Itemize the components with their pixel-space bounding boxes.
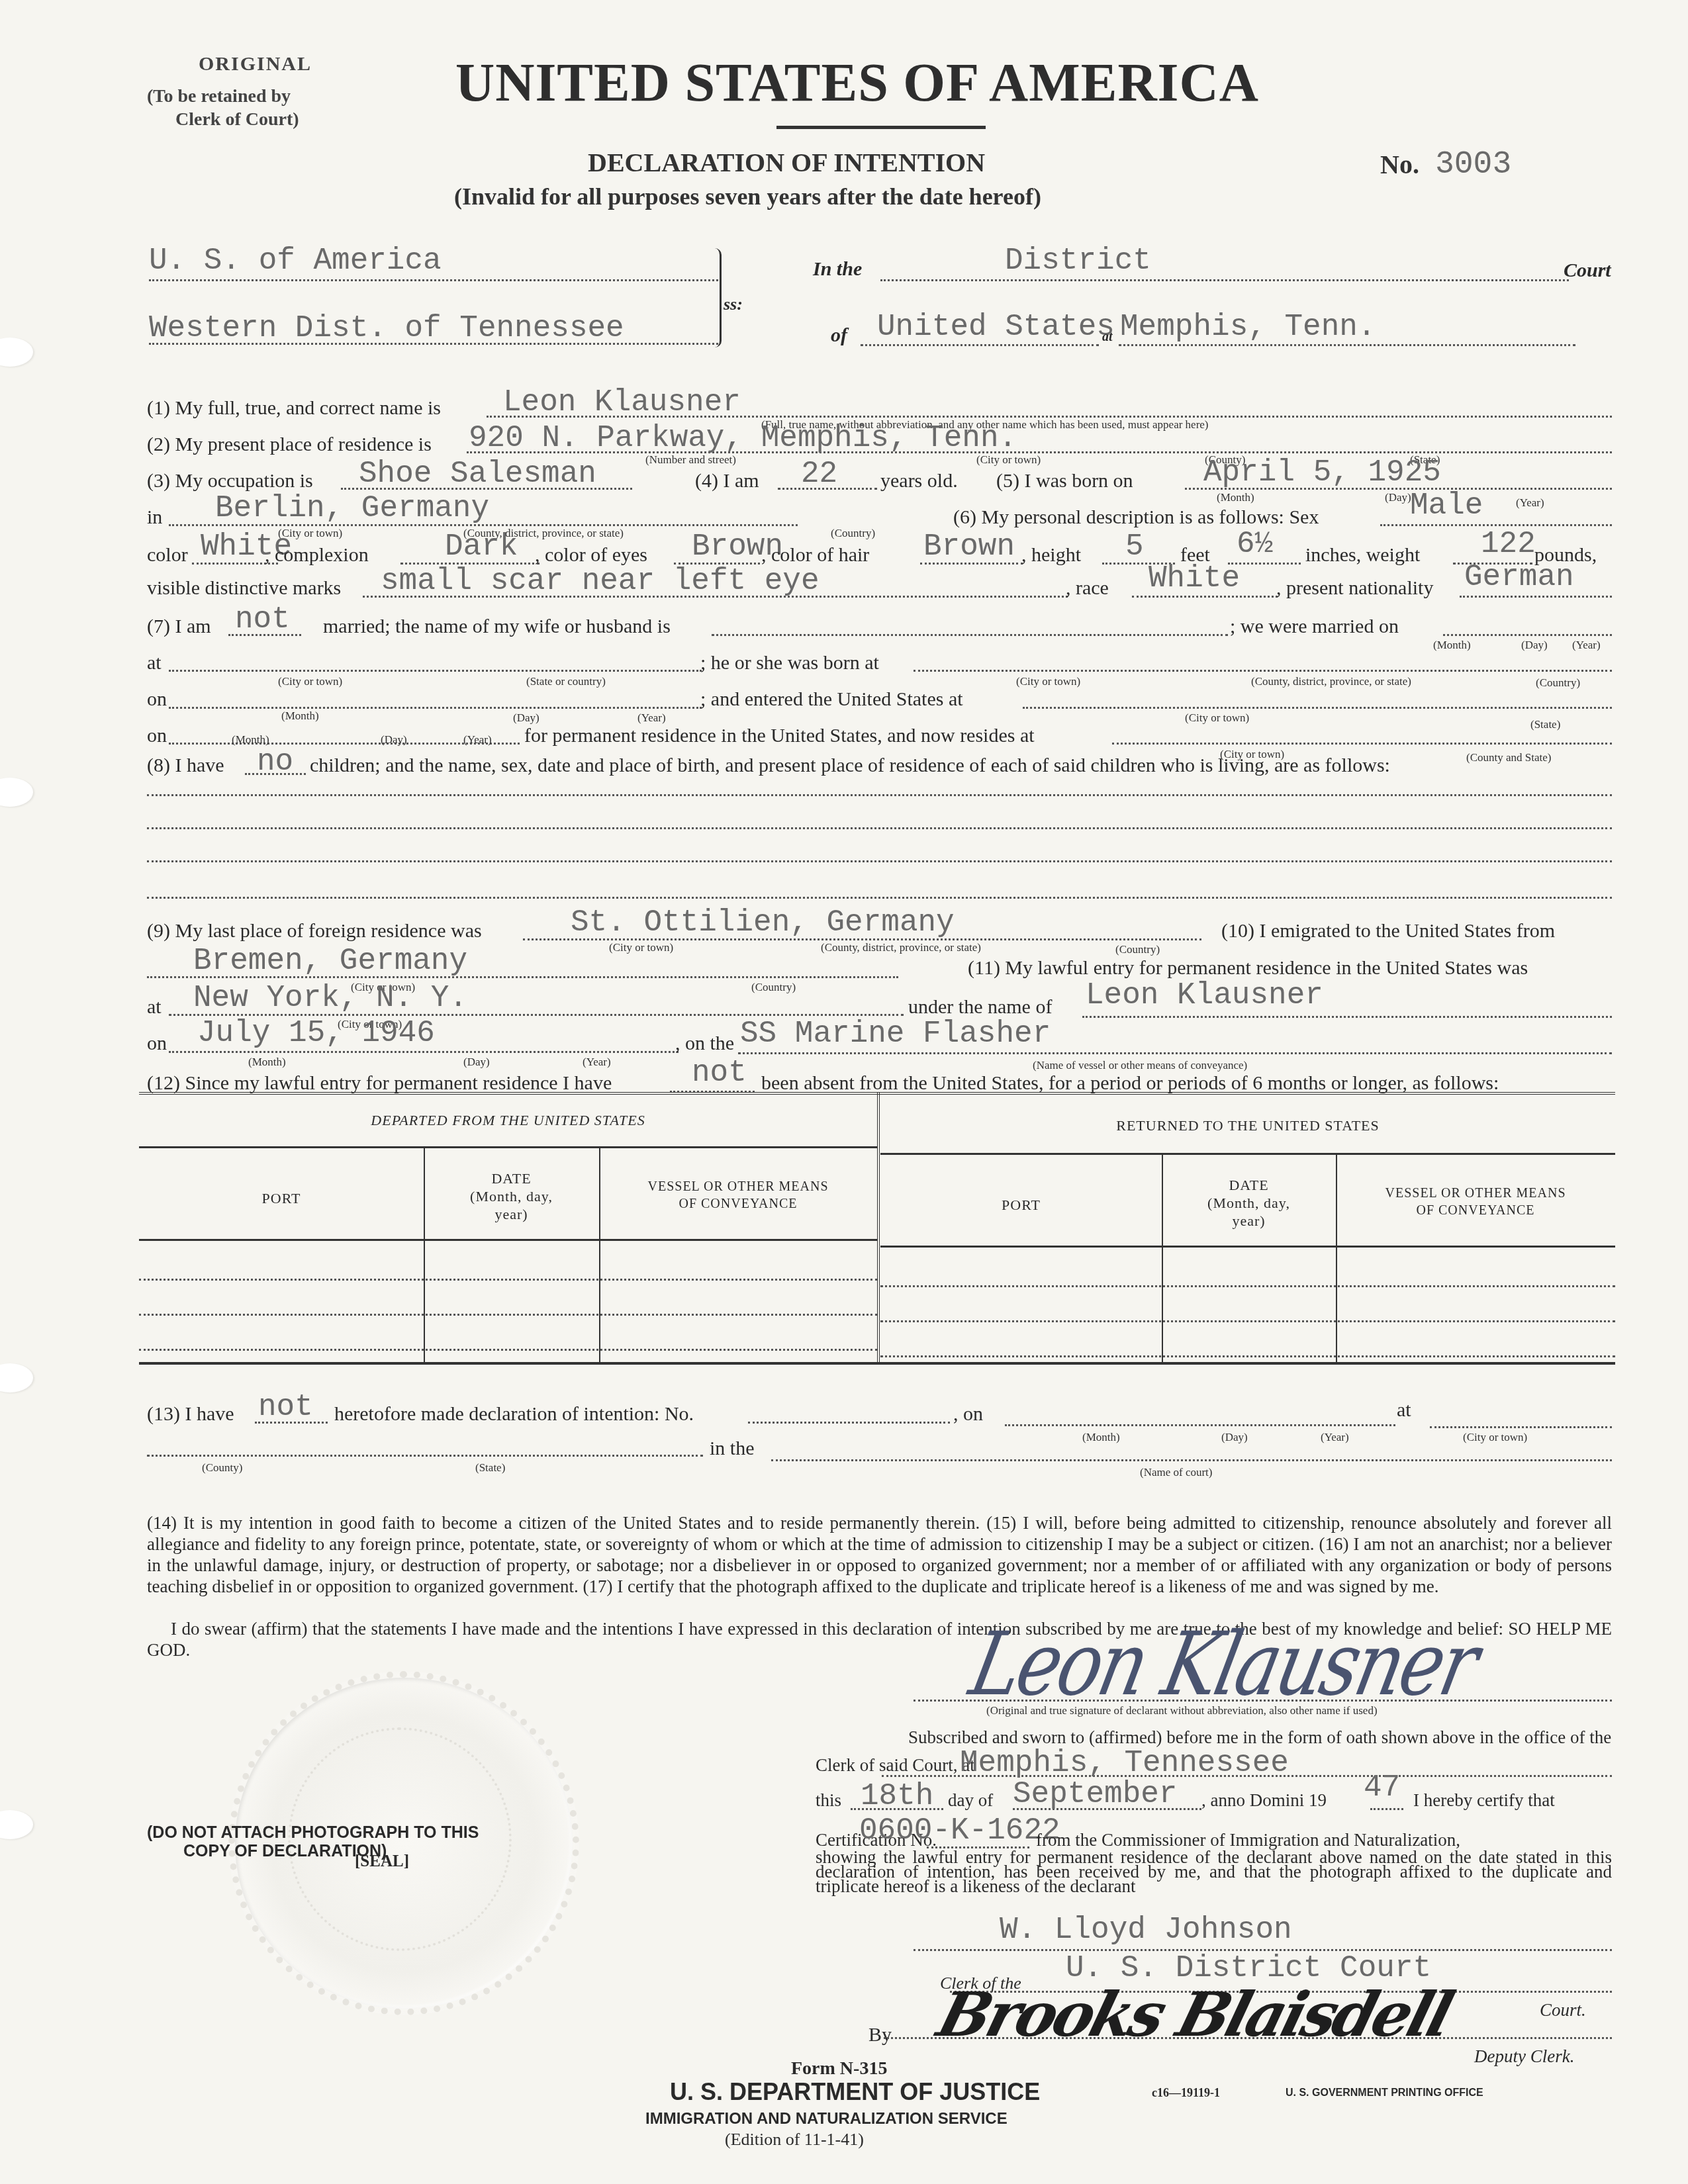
hint-birth-year: (Year): [1516, 496, 1544, 510]
hint-foreign-city: (City or town): [609, 941, 673, 954]
form-title: DECLARATION OF INTENTION: [588, 147, 985, 178]
departed-vessel-header-2: OF CONVEYANCE: [599, 1197, 877, 1212]
occupation: Shoe Salesman: [359, 457, 596, 491]
entry-name: Leon Klausner: [1086, 978, 1323, 1013]
absent-status: not: [692, 1056, 747, 1090]
venue-brace: [712, 248, 722, 347]
full-name: Leon Klausner: [503, 385, 741, 420]
q13-label: (13) I have: [147, 1403, 234, 1426]
perm-on-label: on: [147, 725, 167, 747]
hint-birth-day: (Day): [1385, 491, 1411, 504]
entered-label: ; and entered the United States at: [700, 688, 963, 711]
hint-on-year: (Year): [637, 711, 666, 725]
printer: U. S. GOVERNMENT PRINTING OFFICE: [1286, 2087, 1483, 2099]
form-number: Form N-315: [791, 2058, 887, 2079]
hint-spouse-born-city: (City or town): [1016, 675, 1080, 688]
married-on-label: ; we were married on: [1230, 615, 1399, 638]
q12-text: been absent from the United States, for …: [761, 1072, 1499, 1095]
q10-label: (10) I emigrated to the United States fr…: [1221, 920, 1555, 942]
nationality-label: , present nationality: [1276, 577, 1433, 600]
q11-label: (11) My lawful entry for permanent resid…: [968, 957, 1528, 979]
born-at-label: ; he or she was born at: [700, 652, 879, 674]
hint-entry-year: (Year): [583, 1056, 611, 1069]
spouse-at-label: at: [147, 652, 162, 674]
clerk-name: W. Lloyd Johnson: [1000, 1913, 1292, 1947]
edition: (Edition of 11-1-41): [725, 2130, 864, 2150]
absence-table: DEPARTED FROM THE UNITED STATES RETURNED…: [139, 1092, 1615, 1363]
photo-note-1: (DO NOT ATTACH PHOTOGRAPH TO THIS: [147, 1823, 479, 1843]
ss-label: ss:: [724, 295, 743, 314]
spouse-on-label: on: [147, 688, 167, 711]
color-label: color: [147, 544, 188, 567]
weight: 122: [1481, 527, 1536, 561]
hint-prior-year: (Year): [1321, 1431, 1349, 1444]
table-row: [880, 1355, 1615, 1357]
hint-on-month: (Month): [281, 709, 319, 723]
entry-on-label: on: [147, 1032, 167, 1055]
prior-at-label: at: [1397, 1399, 1411, 1422]
children-line: [147, 794, 1612, 796]
prior-status: not: [258, 1390, 313, 1424]
complexion-label: , complexion: [265, 544, 369, 567]
inches-label: inches, weight: [1305, 544, 1420, 567]
prior-on-label: , on: [953, 1403, 983, 1426]
hint-prior-month: (Month): [1082, 1431, 1120, 1444]
hint-entry-day: (Day): [463, 1056, 490, 1069]
distinctive-marks: small scar near left eye: [381, 564, 820, 598]
q12-label: (12) Since my lawful entry for permanent…: [147, 1072, 612, 1095]
complexion: Dark: [445, 529, 518, 564]
age: 22: [801, 457, 837, 491]
hint-entry-month: (Month): [248, 1056, 286, 1069]
entry-place: New York, N. Y.: [193, 981, 467, 1015]
anno-label: , anno Domini 19: [1201, 1790, 1327, 1811]
residence: 920 N. Parkway, Memphis, Tenn.: [469, 421, 1017, 455]
court-dot-label: Court.: [1540, 2000, 1586, 2021]
returned-title: RETURNED TO THE UNITED STATES: [880, 1117, 1615, 1134]
department: U. S. DEPARTMENT OF JUSTICE: [670, 2078, 1040, 2106]
hint-city: (City or town): [976, 453, 1041, 467]
retained-note-1: (To be retained by: [147, 86, 291, 107]
hair-label: , color of hair: [761, 544, 869, 567]
hint-resides-county: (County and State): [1466, 751, 1551, 764]
children-line: [147, 897, 1612, 899]
hint-emigrated-country: (Country): [751, 981, 796, 994]
table-row: [139, 1314, 877, 1316]
height-inches: 6½: [1237, 527, 1273, 561]
children-line: [147, 827, 1612, 829]
returned-date-header-1: DATE: [1162, 1177, 1336, 1194]
children-line: [147, 860, 1612, 862]
certify-label: I hereby certify that: [1413, 1790, 1555, 1811]
hint-married-day: (Day): [1521, 639, 1548, 652]
eyes-label: , color of eyes: [535, 544, 647, 567]
q9-label: (9) My last place of foreign residence w…: [147, 920, 482, 942]
declaration-number: 3003: [1435, 147, 1511, 183]
returned-date-header-3: year): [1162, 1212, 1336, 1230]
returned-vessel-header-2: OF CONVEYANCE: [1336, 1203, 1615, 1218]
prior-in-the-label: in the: [710, 1437, 755, 1460]
court-location: Memphis, Tenn.: [1120, 310, 1376, 344]
hint-prior-county: (County): [202, 1461, 242, 1475]
entry-at-label: at: [147, 996, 162, 1019]
validity-note: (Invalid for all purposes seven years af…: [454, 183, 1041, 210]
hint-prior-state: (State): [475, 1461, 505, 1475]
returned-date-header-2: (Month, day,: [1162, 1195, 1336, 1212]
hint-prior-court: (Name of court): [1140, 1466, 1213, 1479]
departed-title: DEPARTED FROM THE UNITED STATES: [139, 1112, 877, 1129]
hint-married-year: (Year): [1572, 639, 1601, 652]
in-label: in: [147, 506, 162, 529]
departed-vessel-header-1: VESSEL OR OTHER MEANS: [599, 1179, 877, 1195]
hint-spouse-city: (City or town): [278, 675, 342, 688]
departed-date-header-1: DATE: [424, 1170, 599, 1187]
header: ORIGINAL (To be retained by Clerk of Cou…: [0, 0, 1688, 225]
in-the-label: In the: [813, 258, 862, 281]
table-row: [880, 1320, 1615, 1322]
cert-month: September: [1013, 1777, 1177, 1811]
hint-spouse-born-country: (Country): [1536, 676, 1580, 690]
service: IMMIGRATION AND NATURALIZATION SERVICE: [645, 2110, 1008, 2128]
venue-block: U. S. of America Western Dist. of Tennes…: [0, 232, 1688, 364]
hair-color: Brown: [923, 529, 1015, 564]
table-row: [880, 1285, 1615, 1287]
clerk-at-label: Clerk of said Court, at: [816, 1755, 975, 1776]
last-foreign-residence: St. Ottilien, Germany: [571, 905, 955, 940]
hint-perm-day: (Day): [381, 733, 407, 747]
main-title: UNITED STATES OF AMERICA: [455, 52, 1259, 114]
height-feet: 5: [1125, 529, 1144, 564]
height-label: , height: [1021, 544, 1081, 567]
on-the-label: , on the: [675, 1032, 734, 1055]
hint-prior-city: (City or town): [1463, 1431, 1527, 1444]
number-label: No.: [1380, 149, 1419, 180]
birth-place: Berlin, Germany: [215, 491, 489, 525]
hint-foreign-country: (Country): [1115, 943, 1160, 956]
hint-married-month: (Month): [1433, 639, 1471, 652]
by-label: By: [868, 2024, 892, 2046]
hint-foreign-county: (County, district, province, or state): [821, 941, 981, 954]
cert-year: 47: [1364, 1770, 1400, 1805]
perm-res-label: for permanent residence in the United St…: [524, 725, 1035, 747]
departed-port-header: PORT: [139, 1190, 424, 1207]
q5-label: (5) I was born on: [996, 470, 1133, 492]
of-label: of: [831, 324, 847, 347]
vessel: SS Marine Flasher: [740, 1017, 1051, 1051]
hint-entered-city: (City or town): [1185, 711, 1249, 725]
print-code: c16—19119-1: [1152, 2086, 1220, 2100]
binder-hole: [0, 1363, 33, 1392]
q2-label: (2) My present place of residence is: [147, 433, 432, 456]
hint-street: (Number and street): [645, 453, 736, 467]
q6-label: (6) My personal description is as follow…: [953, 506, 1319, 529]
hint-spouse-state: (State or country): [526, 675, 606, 688]
retained-note-2: Clerk of Court): [175, 109, 299, 130]
returned-vessel-header-1: VESSEL OR OTHER MEANS: [1336, 1186, 1615, 1201]
q1-label: (1) My full, true, and correct name is: [147, 397, 441, 420]
venue-country: U. S. of America: [149, 244, 442, 278]
marks-label: visible distinctive marks: [147, 577, 341, 600]
q13-text: heretofore made declaration of intention…: [334, 1403, 694, 1426]
this-label: this: [816, 1790, 841, 1811]
returned-port-header: PORT: [880, 1197, 1162, 1214]
venue-district: Western Dist. of Tennessee: [149, 311, 624, 345]
original-label: ORIGINAL: [199, 53, 312, 75]
hint-birth-month: (Month): [1217, 491, 1254, 504]
hint-vessel: (Name of vessel or other means of convey…: [1033, 1059, 1247, 1072]
prior-declaration: (13) I have not heretofore made declarat…: [0, 1390, 1688, 1496]
subscribed-text: Subscribed and sworn to (affirmed) befor…: [908, 1727, 1611, 1748]
table-row: [139, 1349, 877, 1351]
race-label: , race: [1066, 577, 1109, 600]
hint-prior-day: (Day): [1221, 1431, 1248, 1444]
q7-label: (7) I am: [147, 615, 211, 638]
deputy-signature: Brooks Blaisdell: [931, 1979, 1458, 2050]
cert-location: Memphis, Tennessee: [960, 1746, 1289, 1780]
hint-spouse-born-county: (County, district, province, or state): [1251, 675, 1411, 688]
hint-perm-year: (Year): [463, 733, 492, 747]
under-name-label: under the name of: [908, 996, 1052, 1019]
departed-date-header-3: year): [424, 1206, 599, 1223]
sex: Male: [1410, 488, 1483, 523]
hint-on-day: (Day): [513, 711, 539, 725]
seal-label: [SEAL]: [355, 1852, 409, 1871]
q8-label: (8) I have: [147, 754, 224, 777]
title-rule: [776, 126, 986, 129]
married-status: not: [235, 602, 290, 637]
court-of: United States: [877, 310, 1115, 344]
race: White: [1149, 561, 1240, 596]
emigrated-from: Bremen, Germany: [193, 944, 467, 978]
q4-label: (4) I am: [695, 470, 759, 492]
court-label: Court: [1564, 259, 1611, 282]
cert-text-rest: showing the lawful entry for permanent r…: [816, 1850, 1612, 1893]
at-label: at: [1102, 330, 1113, 345]
departed-date-header-2: (Month, day,: [424, 1188, 599, 1205]
oath-paragraph: (14) It is my intention in good faith to…: [147, 1512, 1612, 1597]
q7-text: married; the name of my wife or husband …: [323, 615, 671, 638]
q4-suffix: years old.: [880, 470, 958, 492]
cert-number: 0600-K-1622: [859, 1813, 1060, 1848]
q8-text: children; and the name, sex, date and pl…: [310, 754, 1390, 777]
hint-birth-country: (Country): [831, 527, 875, 540]
table-row: [139, 1279, 877, 1281]
nationality: German: [1464, 560, 1574, 594]
q3-label: (3) My occupation is: [147, 470, 313, 492]
personal-fields: (1) My full, true, and correct name is L…: [0, 371, 1688, 1092]
hint-entered-state: (State): [1530, 718, 1560, 731]
footer: Form N-315 U. S. DEPARTMENT OF JUSTICE I…: [0, 2052, 1688, 2184]
cert-day: 18th: [861, 1779, 933, 1813]
day-of-label: day of: [948, 1790, 993, 1811]
children-count: no: [257, 745, 293, 779]
court-type: District: [1005, 244, 1151, 278]
birth-date: April 5, 1925: [1203, 455, 1441, 490]
entry-date: July 15, 1946: [197, 1016, 435, 1050]
